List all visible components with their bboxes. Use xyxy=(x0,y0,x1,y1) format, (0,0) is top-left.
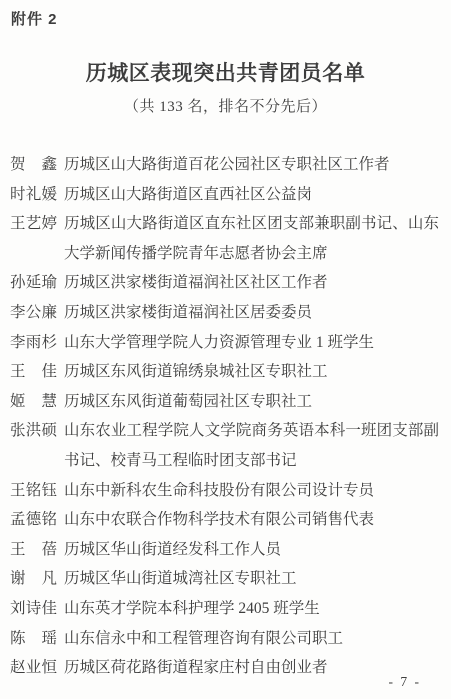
member-affiliation: 山东农业工程学院人文学院商务英语本科一班团支部副书记、校青马工程临时团支部书记 xyxy=(64,416,439,475)
member-name: 王 佳 xyxy=(10,357,57,387)
roster-row: 王 蓓 历城区华山街道经发科工作人员 xyxy=(10,535,439,565)
roster-row: 王艺婷 历城区山大路街道区直东社区团支部兼职副书记、山东大学新闻传播学院青年志愿… xyxy=(10,209,439,268)
page-number: - 7 - xyxy=(389,674,422,690)
roster-list: 贺 鑫 历城区山大路街道百花公园社区专职社区工作者 时礼媛 历城区山大路街道区直… xyxy=(10,150,439,683)
roster-row: 张洪硕 山东农业工程学院人文学院商务英语本科一班团支部副书记、校青马工程临时团支… xyxy=(10,416,439,475)
roster-row: 孙延瑜 历城区洪家楼街道福润社区社区工作者 xyxy=(10,268,439,298)
member-affiliation: 山东中农联合作物科学技术有限公司销售代表 xyxy=(64,505,439,535)
member-affiliation: 历城区山大路街道区直东社区团支部兼职副书记、山东大学新闻传播学院青年志愿者协会主… xyxy=(64,209,439,268)
member-name: 李雨杉 xyxy=(10,328,57,358)
member-affiliation: 历城区山大路街道区直西社区公益岗 xyxy=(64,180,439,210)
roster-row: 贺 鑫 历城区山大路街道百花公园社区专职社区工作者 xyxy=(10,150,439,180)
member-affiliation: 历城区山大路街道百花公园社区专职社区工作者 xyxy=(64,150,439,180)
member-name: 姬 慧 xyxy=(10,387,57,417)
member-name: 王艺婷 xyxy=(10,209,57,239)
member-name: 赵业恒 xyxy=(10,653,57,683)
roster-row: 陈 瑶 山东信永中和工程管理咨询有限公司职工 xyxy=(10,624,439,654)
roster-row: 姬 慧 历城区东风街道葡萄园社区专职社工 xyxy=(10,387,439,417)
member-name: 刘诗佳 xyxy=(10,594,57,624)
roster-row: 王 佳 历城区东风街道锦绣泉城社区专职社工 xyxy=(10,357,439,387)
member-name: 孟德铭 xyxy=(10,505,57,535)
member-affiliation: 历城区洪家楼街道福润社区居委委员 xyxy=(64,298,439,328)
page-subtitle: （共 133 名，排名不分先后） xyxy=(0,95,451,116)
member-name: 李公廉 xyxy=(10,298,57,328)
member-name: 王 蓓 xyxy=(10,535,57,565)
roster-row: 赵业恒 历城区荷花路街道程家庄村自由创业者 xyxy=(10,653,439,683)
member-affiliation: 山东信永中和工程管理咨询有限公司职工 xyxy=(64,624,439,654)
member-affiliation: 历城区洪家楼街道福润社区社区工作者 xyxy=(64,268,439,298)
page-title: 历城区表现突出共青团员名单 xyxy=(0,57,451,87)
member-name: 时礼媛 xyxy=(10,180,57,210)
attachment-label: 附件 2 xyxy=(11,8,58,29)
member-affiliation: 历城区华山街道经发科工作人员 xyxy=(64,535,439,565)
member-affiliation: 山东中新科农生命科技股份有限公司设计专员 xyxy=(64,476,439,506)
member-name: 孙延瑜 xyxy=(10,268,57,298)
member-affiliation: 历城区东风街道葡萄园社区专职社工 xyxy=(64,387,439,417)
member-affiliation: 山东大学管理学院人力资源管理专业 1 班学生 xyxy=(64,328,439,358)
member-name: 谢 凡 xyxy=(10,564,57,594)
member-affiliation: 历城区华山街道城湾社区专职社工 xyxy=(64,564,439,594)
roster-row: 孟德铭 山东中农联合作物科学技术有限公司销售代表 xyxy=(10,505,439,535)
member-affiliation: 历城区东风街道锦绣泉城社区专职社工 xyxy=(64,357,439,387)
member-affiliation: 山东英才学院本科护理学 2405 班学生 xyxy=(64,594,439,624)
member-name: 王铭钰 xyxy=(10,476,57,506)
roster-row: 李公廉 历城区洪家楼街道福润社区居委委员 xyxy=(10,298,439,328)
roster-row: 谢 凡 历城区华山街道城湾社区专职社工 xyxy=(10,564,439,594)
member-name: 张洪硕 xyxy=(10,416,57,446)
member-affiliation: 历城区荷花路街道程家庄村自由创业者 xyxy=(64,653,439,683)
document-page: 附件 2 历城区表现突出共青团员名单 （共 133 名，排名不分先后） 贺 鑫 … xyxy=(0,0,451,699)
roster-row: 刘诗佳 山东英才学院本科护理学 2405 班学生 xyxy=(10,594,439,624)
member-name: 陈 瑶 xyxy=(10,624,57,654)
roster-row: 李雨杉 山东大学管理学院人力资源管理专业 1 班学生 xyxy=(10,328,439,358)
roster-row: 王铭钰 山东中新科农生命科技股份有限公司设计专员 xyxy=(10,476,439,506)
roster-row: 时礼媛 历城区山大路街道区直西社区公益岗 xyxy=(10,180,439,210)
member-name: 贺 鑫 xyxy=(10,150,57,180)
